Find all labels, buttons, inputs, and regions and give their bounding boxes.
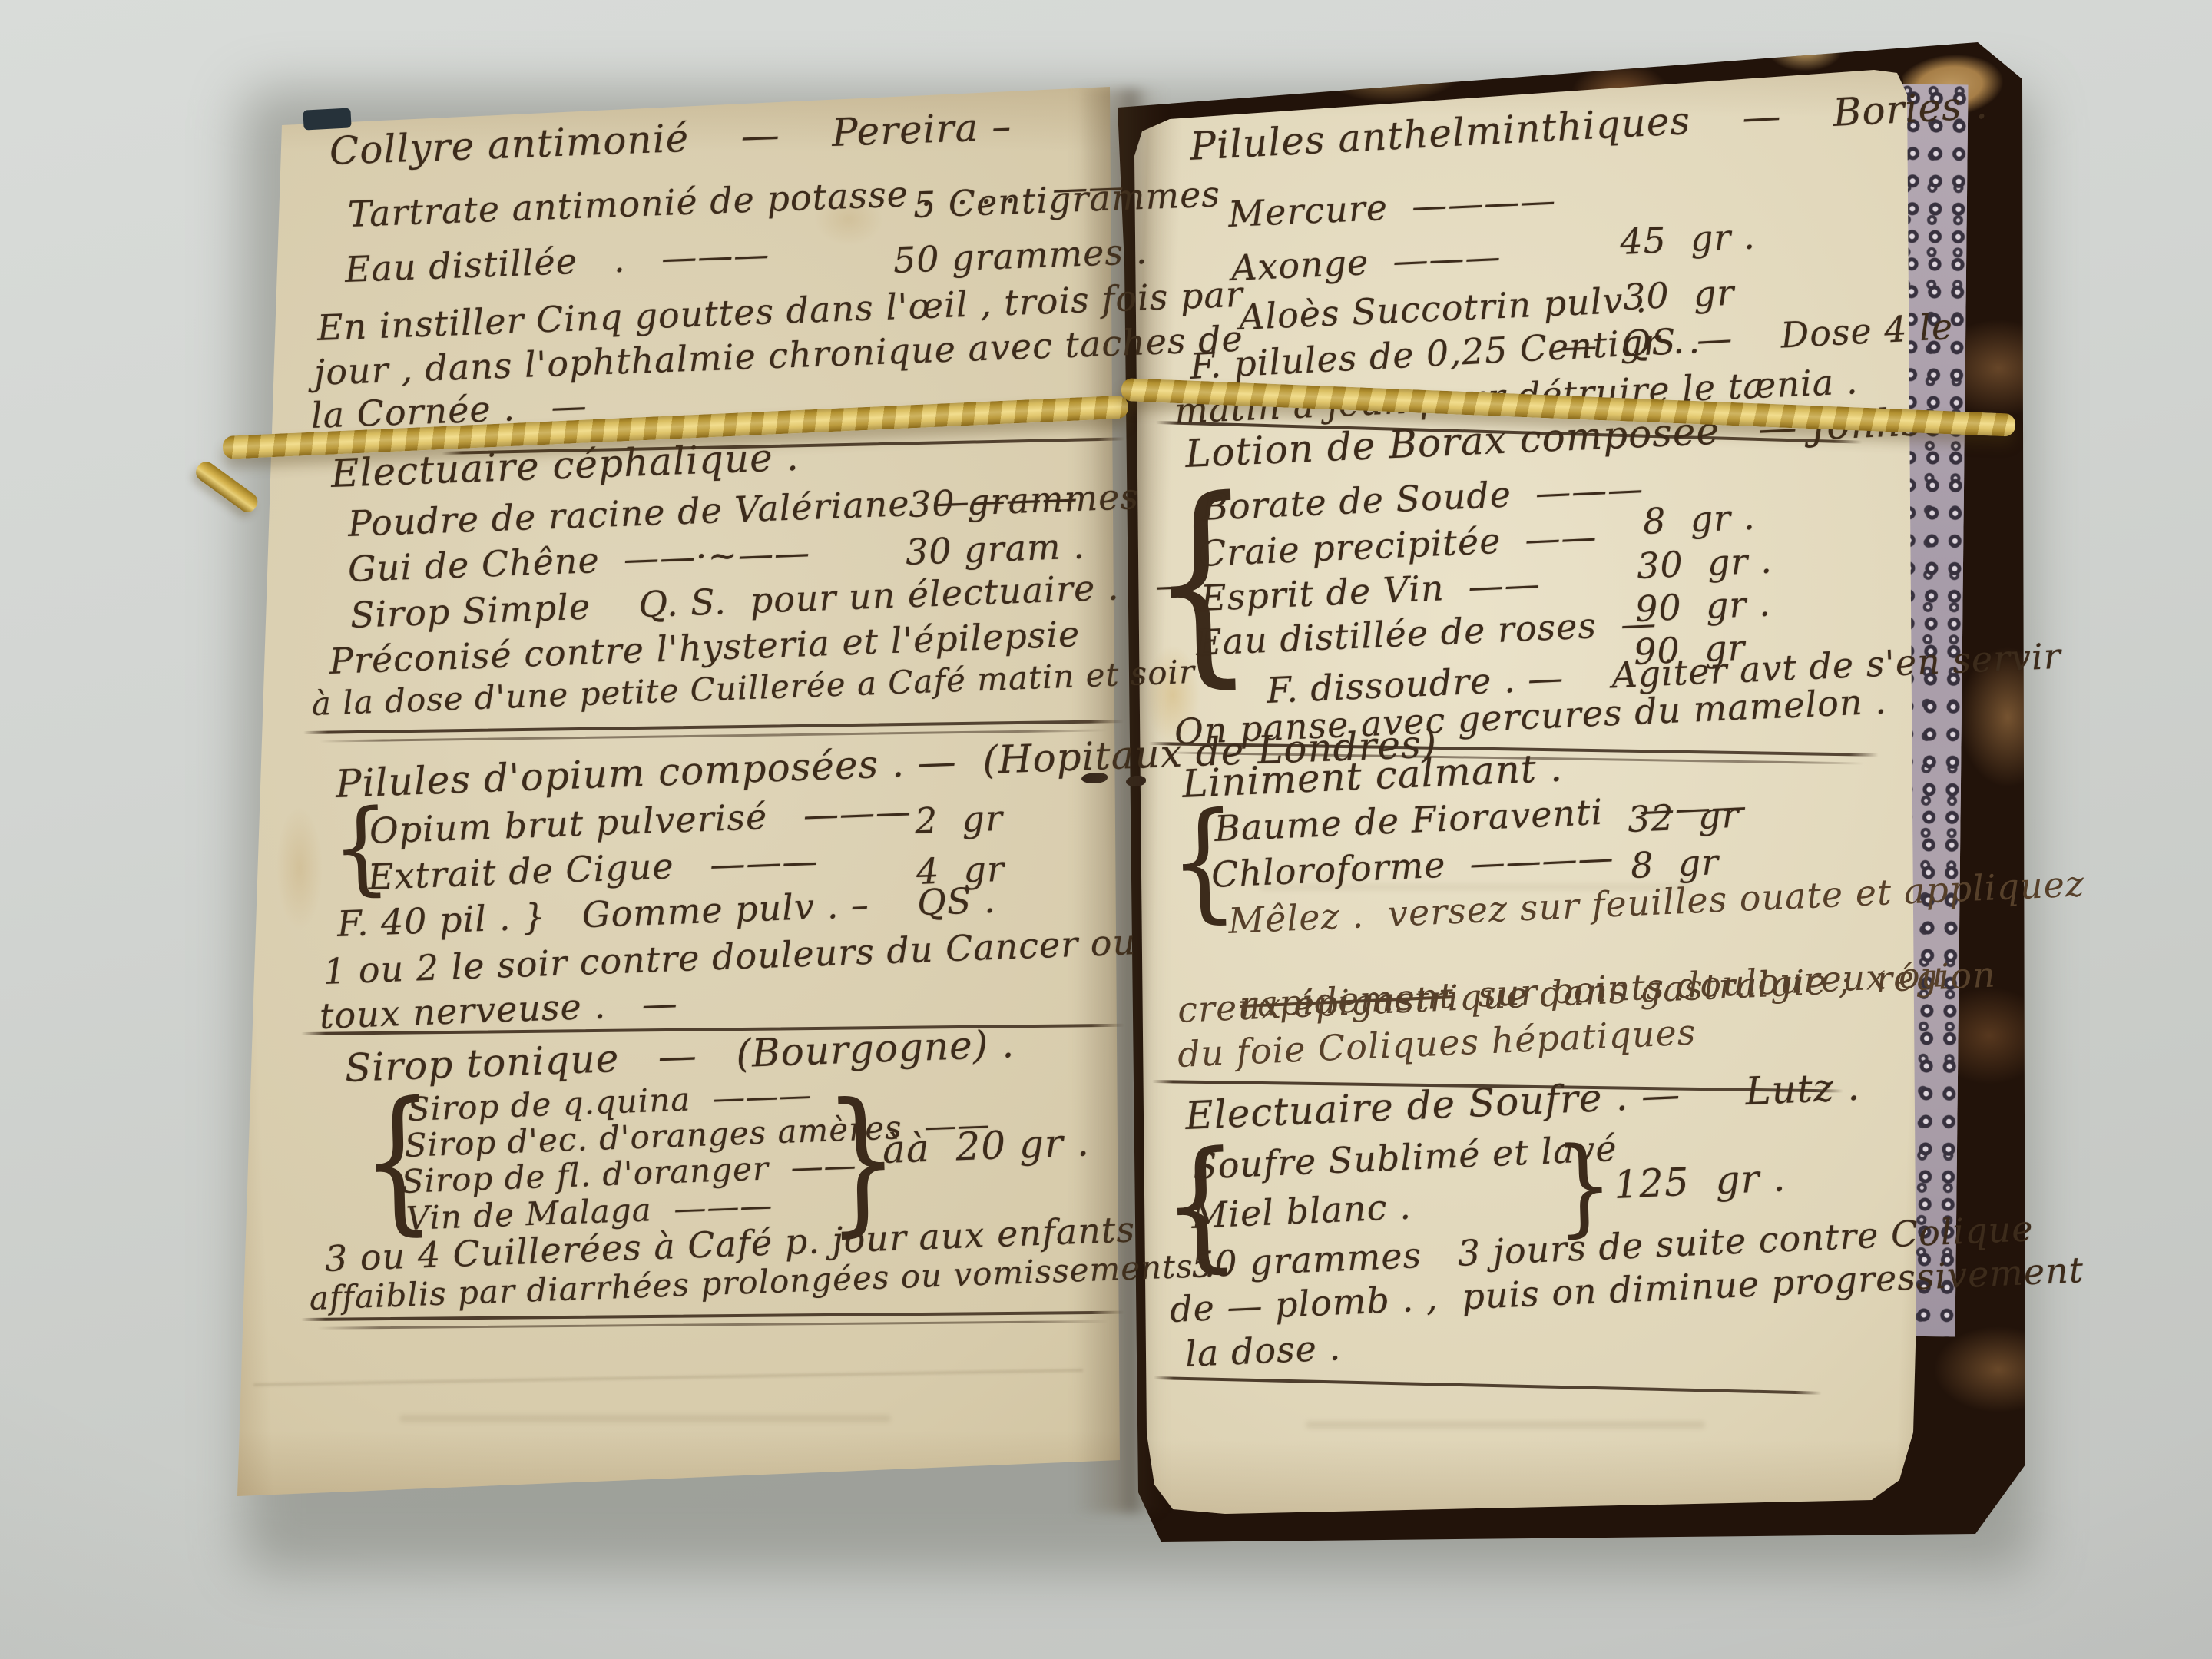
ingredient-qty: 125 gr . [1613, 1155, 1786, 1207]
ingredient-qty: 30 gr . [1636, 539, 1773, 587]
ingredient-qty: 30 gram . [905, 525, 1086, 573]
ink-showthrough [399, 1415, 891, 1422]
ingredient-qty: 8 gr . [1642, 496, 1756, 542]
ingredient-qty: 45 gr . [1619, 215, 1757, 263]
recipe-note: la dose . [1184, 1326, 1342, 1375]
brace-glyph: } [1553, 1133, 1615, 1241]
gutter-shadow [1074, 88, 1166, 1513]
ink-showthrough [1306, 1421, 1705, 1429]
notebook-photograph: Collyre antimonié — Pereira – Tartrate a… [0, 0, 2212, 1659]
ingredient-qty: 32 gr [1627, 794, 1740, 840]
binding-sliver [303, 108, 351, 130]
ingredient-qty: 2 gr [914, 797, 1004, 842]
ingredient-qty: àà 20 gr . [882, 1120, 1091, 1172]
